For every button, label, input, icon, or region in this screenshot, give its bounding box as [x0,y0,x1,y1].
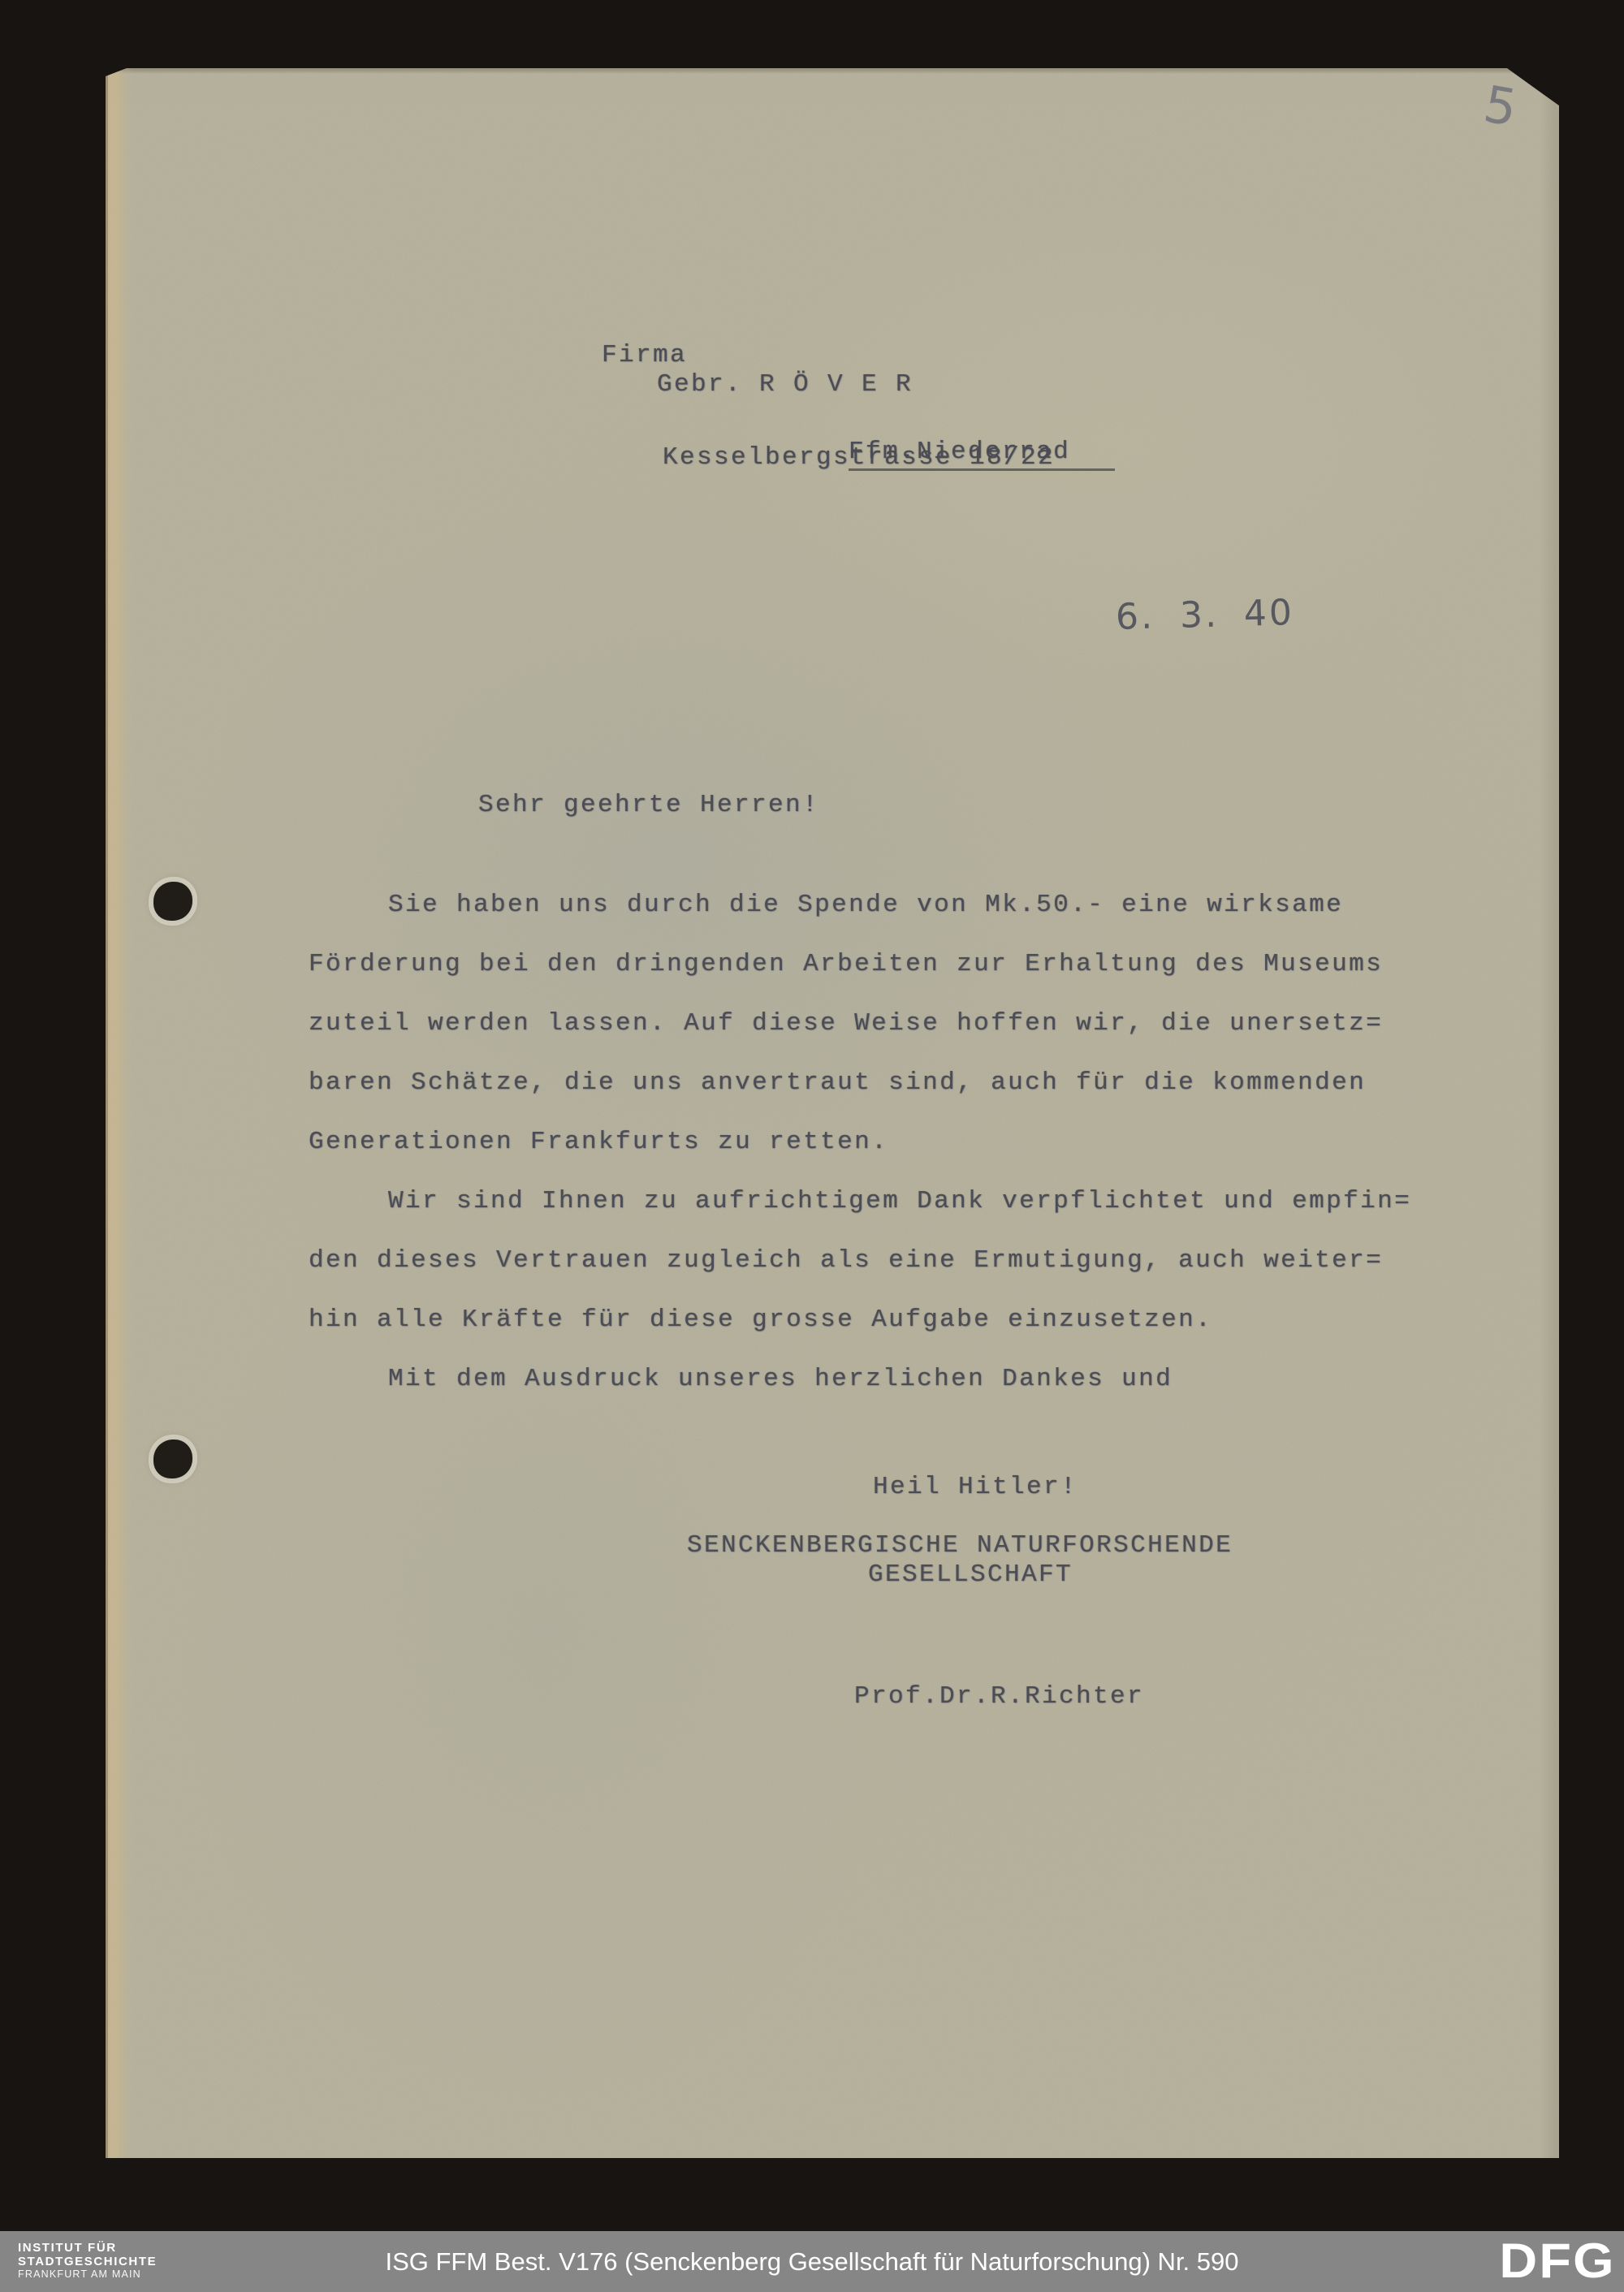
body-line: zuteil werden lassen. Auf diese Weise ho… [309,994,1445,1053]
recipient-line: Firma [602,341,687,369]
body-line: Förderung bei den dringenden Arbeiten zu… [309,934,1445,994]
recipient-line: Kesselbergstrasse 18/22 [663,443,1055,472]
archive-reference-caption: ISG FFM Best. V176 (Senckenberg Gesellsc… [385,2231,1238,2292]
archive-footer-bar: INSTITUT FÜR STADTGESCHICHTE FRANKFURT A… [0,2231,1624,2292]
recipient-line: Gebr. R Ö V E R [657,370,913,399]
handwritten-date: 6. 3. 40 [1115,592,1294,638]
salutation: Sehr geehrte Herren! [478,791,819,819]
body-line: Wir sind Ihnen zu aufrichtigem Dank verp… [309,1172,1445,1231]
letter-body: Sie haben uns durch die Spende von Mk.50… [309,875,1445,1409]
body-line: Mit dem Ausdruck unseres herzlichen Dank… [309,1349,1445,1409]
body-line: Sie haben uns durch die Spende von Mk.50… [309,875,1445,934]
closing-salute: Heil Hitler! [873,1473,1078,1501]
body-line: Generationen Frankfurts zu retten. [309,1112,1445,1172]
institute-logo-line: FRANKFURT AM MAIN [18,2268,157,2281]
institute-logo: INSTITUT FÜR STADTGESCHICHTE FRANKFURT A… [18,2241,157,2281]
organization-name-line1: SENCKENBERGISCHE NATURFORSCHENDE [687,1531,1233,1560]
institute-logo-line: STADTGESCHICHTE [18,2255,157,2268]
institute-logo-line: INSTITUT FÜR [18,2241,157,2255]
scanned-document-view: 5 Firma Gebr. R Ö V E R Ffm.Niederrad Ke… [0,0,1624,2292]
hole-punch-bottom [153,1440,192,1478]
body-line: baren Schätze, die uns anvertraut sind, … [309,1053,1445,1112]
organization-name-line2: GESELLSCHAFT [868,1560,1073,1589]
body-line: den dieses Vertrauen zugleich als eine E… [309,1231,1445,1290]
signature: Prof.Dr.R.Richter [854,1682,1144,1711]
dfg-logo: DFG [1500,2233,1616,2289]
body-line: hin alle Kräfte für diese grosse Aufgabe… [309,1290,1445,1349]
handwritten-page-number: 5 [1479,74,1522,138]
letter-page: 5 Firma Gebr. R Ö V E R Ffm.Niederrad Ke… [106,68,1559,2158]
hole-punch-top [153,882,192,921]
